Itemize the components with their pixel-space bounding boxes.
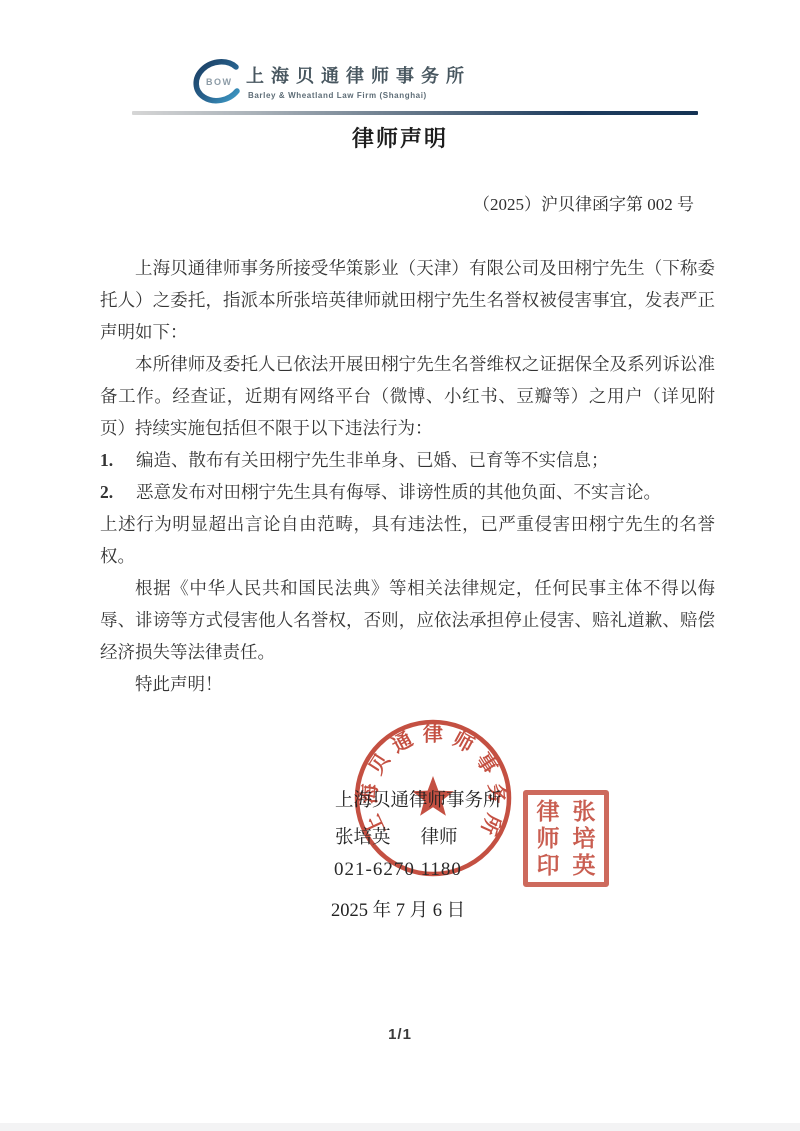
page-title: 律师声明	[0, 122, 800, 153]
paragraph-conclusion: 上述行为明显超出言论自由范畴，具有违法性，已严重侵害田栩宁先生的名誉权。	[100, 508, 715, 572]
seal-char: 印	[530, 852, 566, 879]
signature-lawyer-title: 律师	[421, 826, 458, 847]
list-marker: 2.	[100, 476, 136, 508]
list-marker: 1.	[100, 444, 136, 476]
firm-logo: BOW 上海贝通律师事务所 Barley & Wheatland Law Fir…	[186, 58, 471, 106]
paragraph-hereby: 特此声明！	[100, 668, 715, 700]
seal-char: 张	[566, 798, 602, 825]
list-text: 恶意发布对田栩宁先生具有侮辱、诽谤性质的其他负面、不实言论。	[136, 476, 715, 508]
seal-char: 英	[566, 852, 602, 879]
list-text: 编造、散布有关田栩宁先生非单身、已婚、已育等不实信息；	[136, 444, 715, 476]
list-item: 1. 编造、散布有关田栩宁先生非单身、已婚、已育等不实信息；	[100, 444, 715, 476]
doc-number: （2025）沪贝律函字第 002 号	[100, 190, 694, 215]
seal-char: 培	[566, 825, 602, 852]
signature-date: 2025 年 7 月 6 日	[331, 896, 465, 922]
seal-char: 师	[530, 825, 566, 852]
logo-mark-text: BOW	[206, 77, 233, 87]
page-number: 1/1	[0, 1026, 800, 1043]
statement-body: 上海贝通律师事务所接受华策影业（天津）有限公司及田栩宁先生（下称委托人）之委托，…	[100, 252, 715, 700]
lawyer-square-seal-stamp: 律 张 师 培 印 英	[523, 790, 609, 887]
firm-name-cn: 上海贝通律师事务所	[246, 62, 471, 88]
signature-firm-name: 上海贝通律师事务所	[335, 786, 502, 812]
firm-name-en: Barley & Wheatland Law Firm (Shanghai)	[248, 91, 471, 100]
paragraph-intro: 上海贝通律师事务所接受华策影业（天津）有限公司及田栩宁先生（下称委托人）之委托，…	[100, 252, 715, 348]
logo-swoosh-icon: BOW	[186, 58, 242, 106]
document-page: BOW 上海贝通律师事务所 Barley & Wheatland Law Fir…	[0, 0, 800, 1131]
paragraph-investigation: 本所律师及委托人已依法开展田栩宁先生名誉维权之证据保全及系列诉讼准备工作。经查证…	[100, 348, 715, 444]
page-bottom-strip	[0, 1123, 800, 1131]
signature-lawyer: 张培英律师	[335, 823, 458, 849]
seal-char: 律	[530, 798, 566, 825]
header-divider	[132, 111, 698, 115]
paragraph-legal-basis: 根据《中华人民共和国民法典》等相关法律规定，任何民事主体不得以侮辱、诽谤等方式侵…	[100, 572, 715, 668]
signature-phone: 021-6270 1180	[334, 859, 462, 881]
list-item: 2. 恶意发布对田栩宁先生具有侮辱、诽谤性质的其他负面、不实言论。	[100, 476, 715, 508]
signature-lawyer-name: 张培英	[335, 826, 391, 847]
